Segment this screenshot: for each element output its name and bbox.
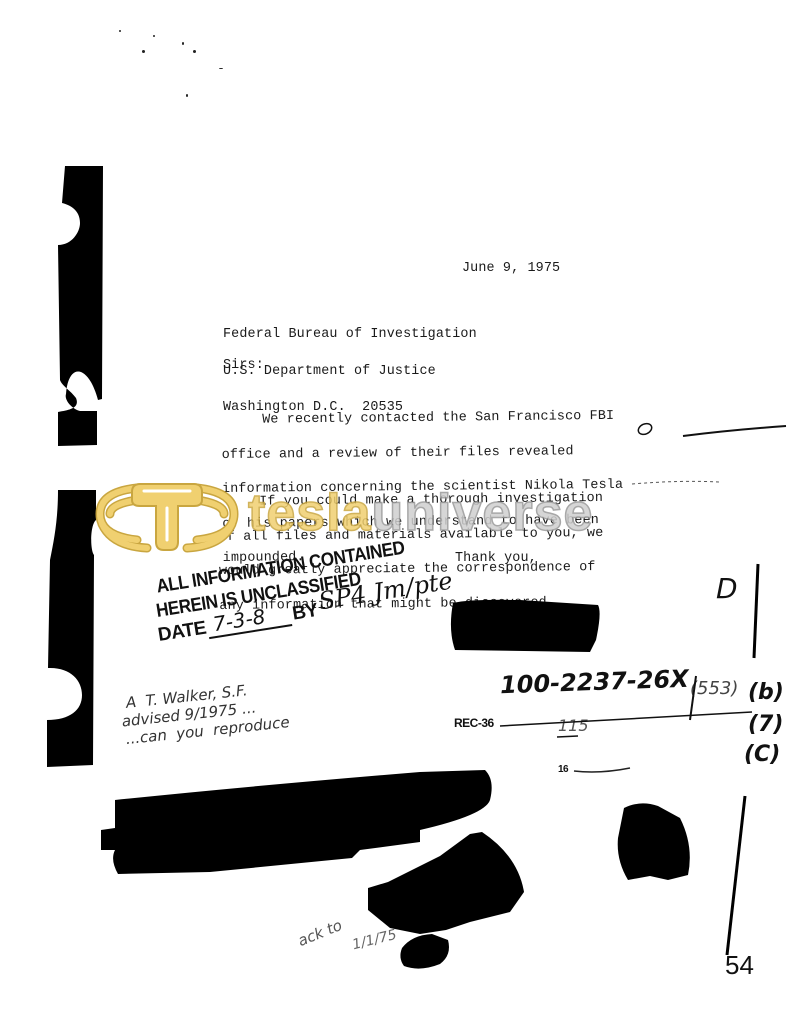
page-number: 54 — [725, 950, 754, 981]
margin-line-lower — [0, 0, 800, 1030]
